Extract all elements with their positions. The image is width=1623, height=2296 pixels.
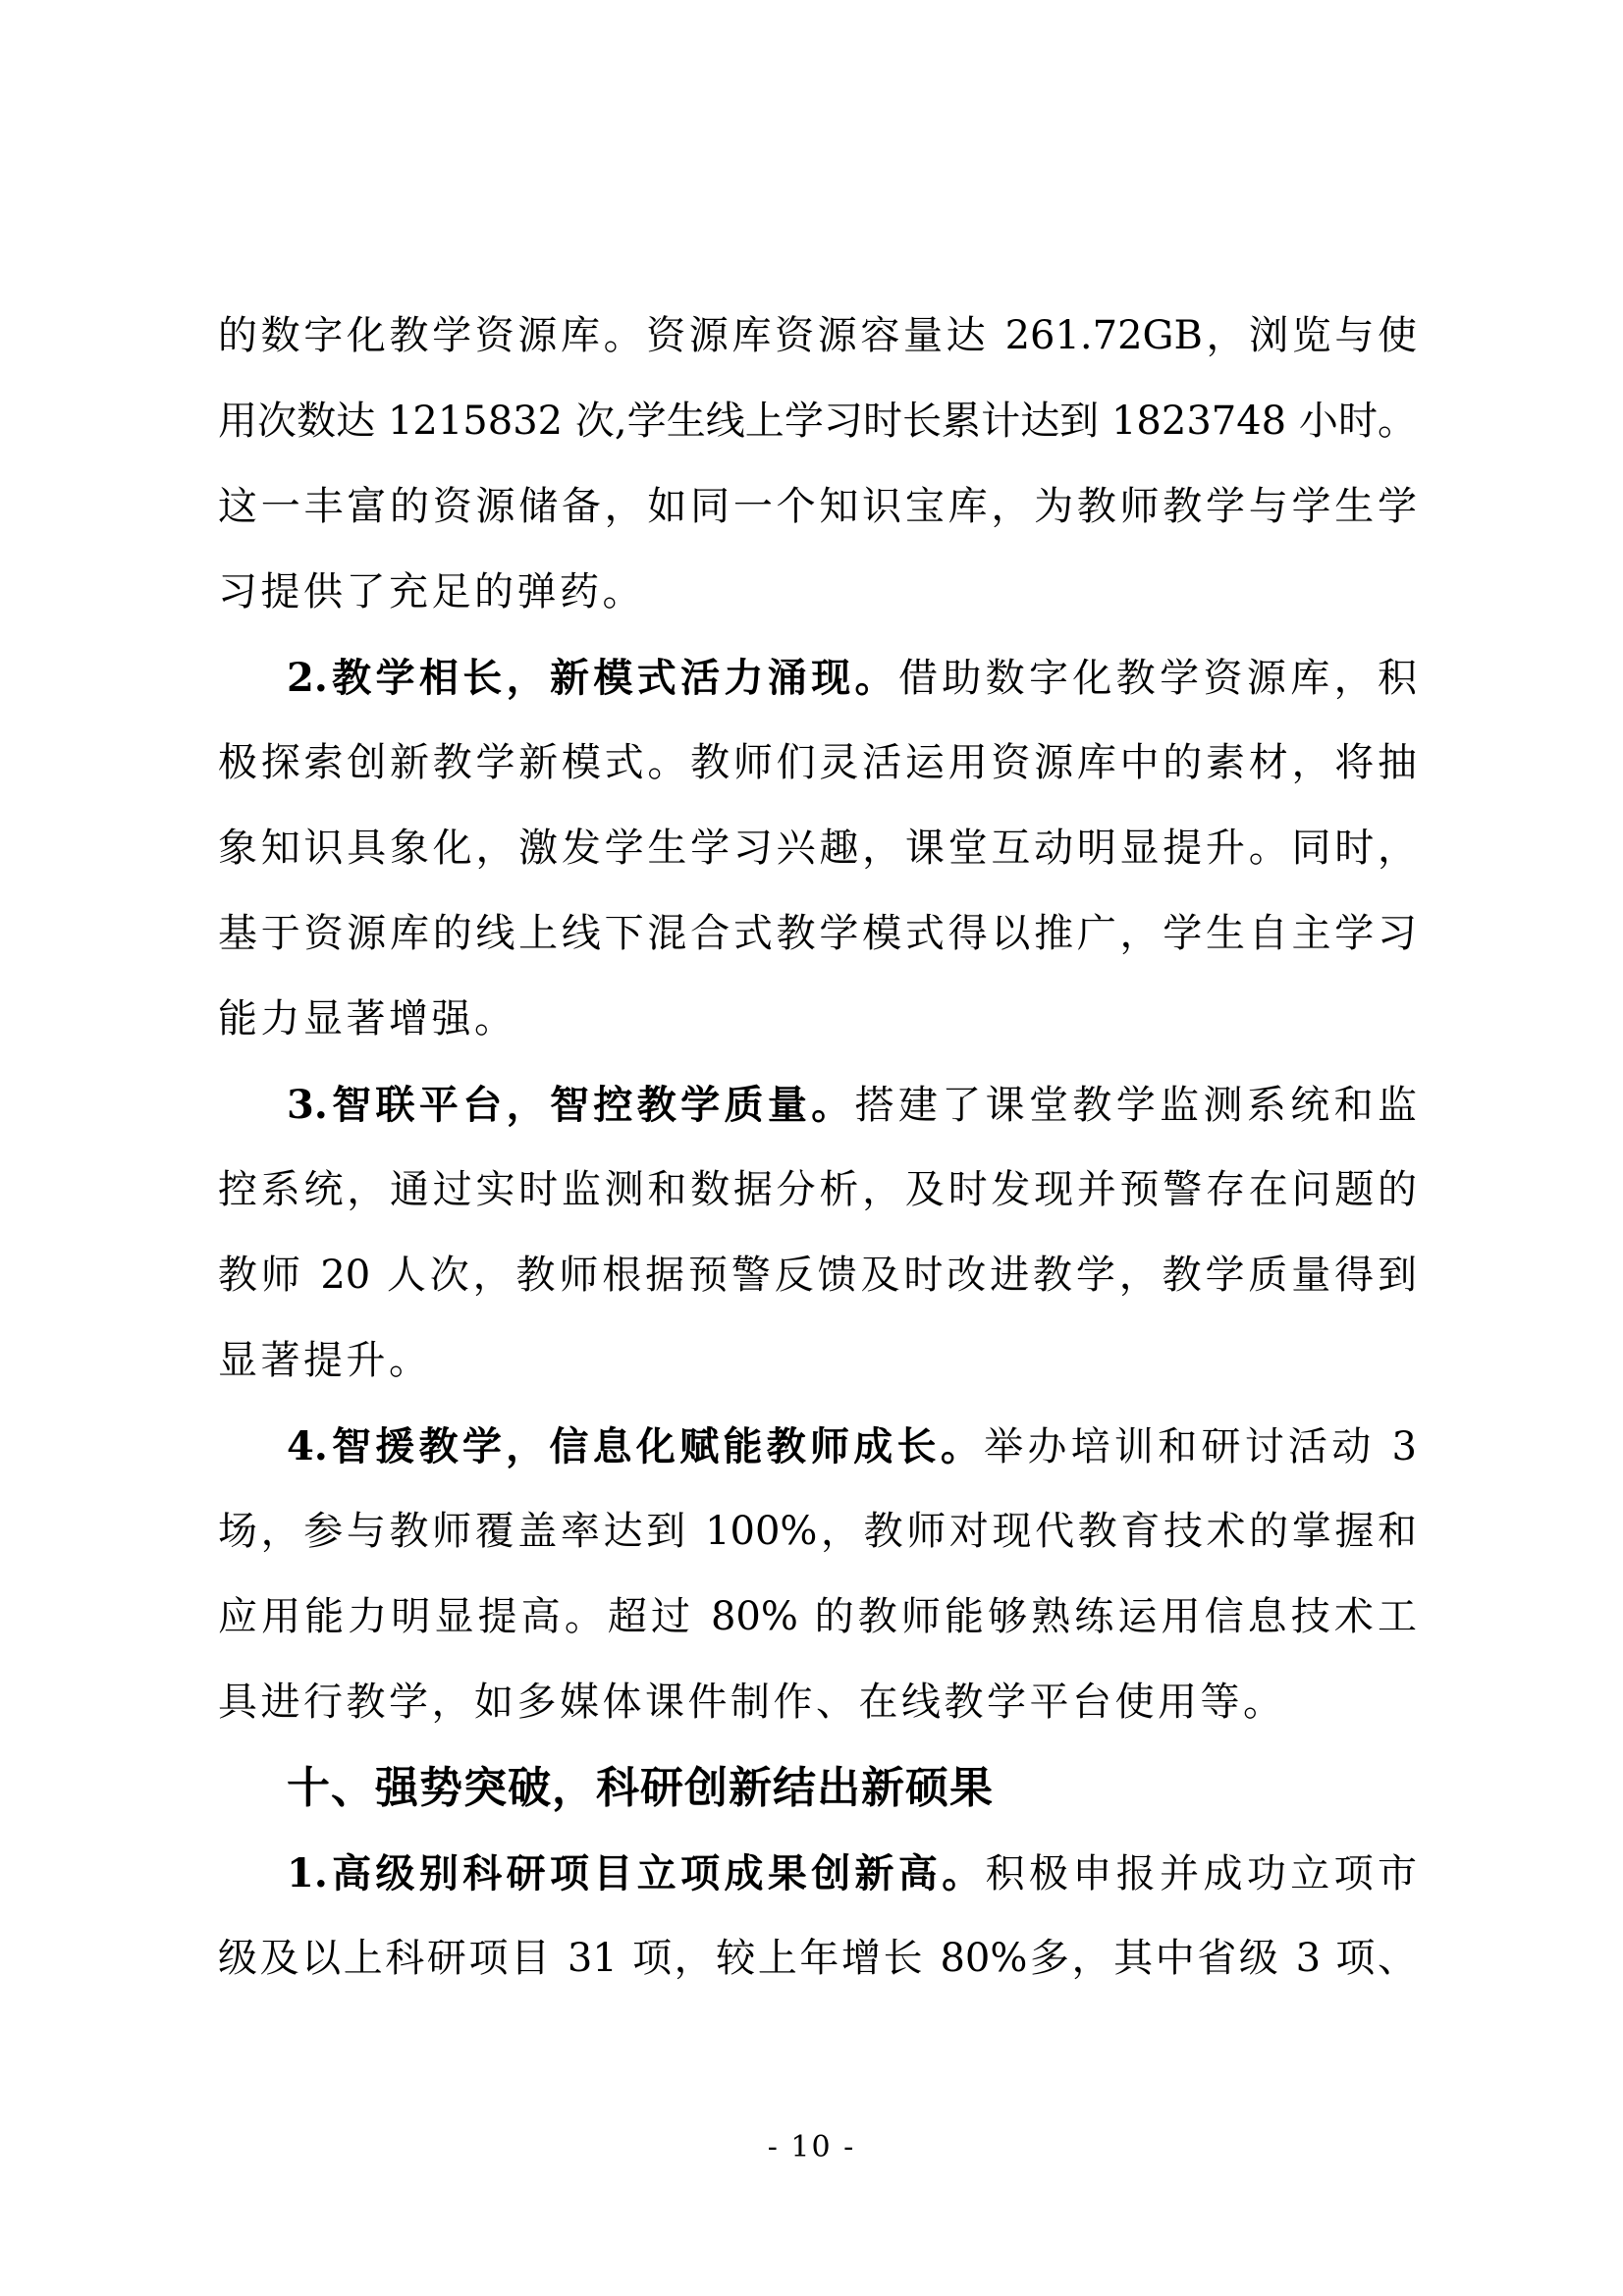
text-line: 2.教学相长，新模式活力涌现。借助数字化教学资源库，积: [218, 635, 1417, 721]
text-run: 用次数达 1215832 次,学生线上学习时长累计达到 1823748 小时。: [218, 399, 1417, 444]
text-line: 这一丰富的资源储备，如同一个知识宝库，为教师教学与学生学: [218, 464, 1417, 550]
text-line: 教师 20 人次，教师根据预警反馈及时改进教学，教学质量得到: [218, 1233, 1417, 1318]
text-run: 具进行教学，如多媒体课件制作、在线教学平台使用等。: [218, 1680, 1286, 1725]
text-line: 具进行教学，如多媒体课件制作、在线教学平台使用等。: [218, 1660, 1417, 1745]
text-line: 基于资源库的线上线下混合式教学模式得以推广，学生自主学习: [218, 891, 1417, 977]
text-run: 习提供了充足的弹药。: [218, 569, 645, 614]
bold-text-run: 3.智联平台，智控教学质量。: [287, 1082, 855, 1128]
text-run: 级及以上科研项目 31 项，较上年增长 80%多，其中省级 3 项、: [218, 1936, 1417, 1981]
text-line: 用次数达 1215832 次,学生线上学习时长累计达到 1823748 小时。: [218, 379, 1417, 464]
text-run: 积极申报并成功立项市: [986, 1851, 1417, 1896]
text-run: 举办培训和研讨活动 3: [984, 1424, 1417, 1469]
text-line: 1.高级别科研项目立项成果创新高。积极申报并成功立项市: [218, 1831, 1417, 1916]
text-line: 3.智联平台，智控教学质量。搭建了课堂教学监测系统和监: [218, 1062, 1417, 1148]
page-number: - 10 -: [0, 2118, 1623, 2177]
text-run: 教师 20 人次，教师根据预警反馈及时改进教学，教学质量得到: [218, 1253, 1417, 1298]
text-line: 控系统，通过实时监测和数据分析，及时发现并预警存在问题的: [218, 1148, 1417, 1233]
section-heading: 十、强势突破，科研创新结出新硕果: [218, 1745, 1417, 1831]
text-run: 的数字化教学资源库。资源库资源容量达 261.72GB，浏览与使: [218, 313, 1417, 358]
text-run: 极探索创新教学新模式。教师们灵活运用资源库中的素材，将抽: [218, 740, 1417, 785]
text-line: 应用能力明显提高。超过 80% 的教师能够熟练运用信息技术工: [218, 1575, 1417, 1660]
text-line: 的数字化教学资源库。资源库资源容量达 261.72GB，浏览与使: [218, 294, 1417, 379]
text-run: 显著提升。: [218, 1338, 432, 1383]
text-line: 级及以上科研项目 31 项，较上年增长 80%多，其中省级 3 项、: [218, 1916, 1417, 2002]
document-page: 的数字化教学资源库。资源库资源容量达 261.72GB，浏览与使用次数达 121…: [0, 0, 1623, 2296]
text-line: 场，参与教师覆盖率达到 100%，教师对现代教育技术的掌握和: [218, 1489, 1417, 1575]
text-run: 场，参与教师覆盖率达到 100%，教师对现代教育技术的掌握和: [218, 1509, 1417, 1554]
text-run: 应用能力明显提高。超过 80% 的教师能够熟练运用信息技术工: [218, 1594, 1417, 1639]
bold-text-run: 4.智援教学，信息化赋能教师成长。: [287, 1423, 984, 1469]
text-run: 控系统，通过实时监测和数据分析，及时发现并预警存在问题的: [218, 1167, 1417, 1212]
text-run: 这一丰富的资源储备，如同一个知识宝库，为教师教学与学生学: [218, 484, 1417, 529]
text-line: 习提供了充足的弹药。: [218, 550, 1417, 635]
text-line: 显著提升。: [218, 1318, 1417, 1404]
bold-text-run: 1.高级别科研项目立项成果创新高。: [287, 1850, 986, 1896]
text-line: 4.智援教学，信息化赋能教师成长。举办培训和研讨活动 3: [218, 1404, 1417, 1489]
text-run: 象知识具象化，激发学生学习兴趣，课堂互动明显提升。同时，: [218, 826, 1417, 871]
text-run: 搭建了课堂教学监测系统和监: [855, 1083, 1417, 1128]
text-line: 能力显著增强。: [218, 977, 1417, 1062]
text-line: 象知识具象化，激发学生学习兴趣，课堂互动明显提升。同时，: [218, 806, 1417, 891]
text-run: 基于资源库的线上线下混合式教学模式得以推广，学生自主学习: [218, 911, 1417, 956]
document-body: 的数字化教学资源库。资源库资源容量达 261.72GB，浏览与使用次数达 121…: [218, 294, 1417, 2002]
bold-text-run: 2.教学相长，新模式活力涌现。: [287, 655, 898, 701]
text-run: 借助数字化教学资源库，积: [898, 656, 1417, 701]
bold-text-run: 十、强势突破，科研创新结出新硕果: [287, 1763, 994, 1813]
text-run: 能力显著增强。: [218, 996, 517, 1041]
text-line: 极探索创新教学新模式。教师们灵活运用资源库中的素材，将抽: [218, 721, 1417, 806]
